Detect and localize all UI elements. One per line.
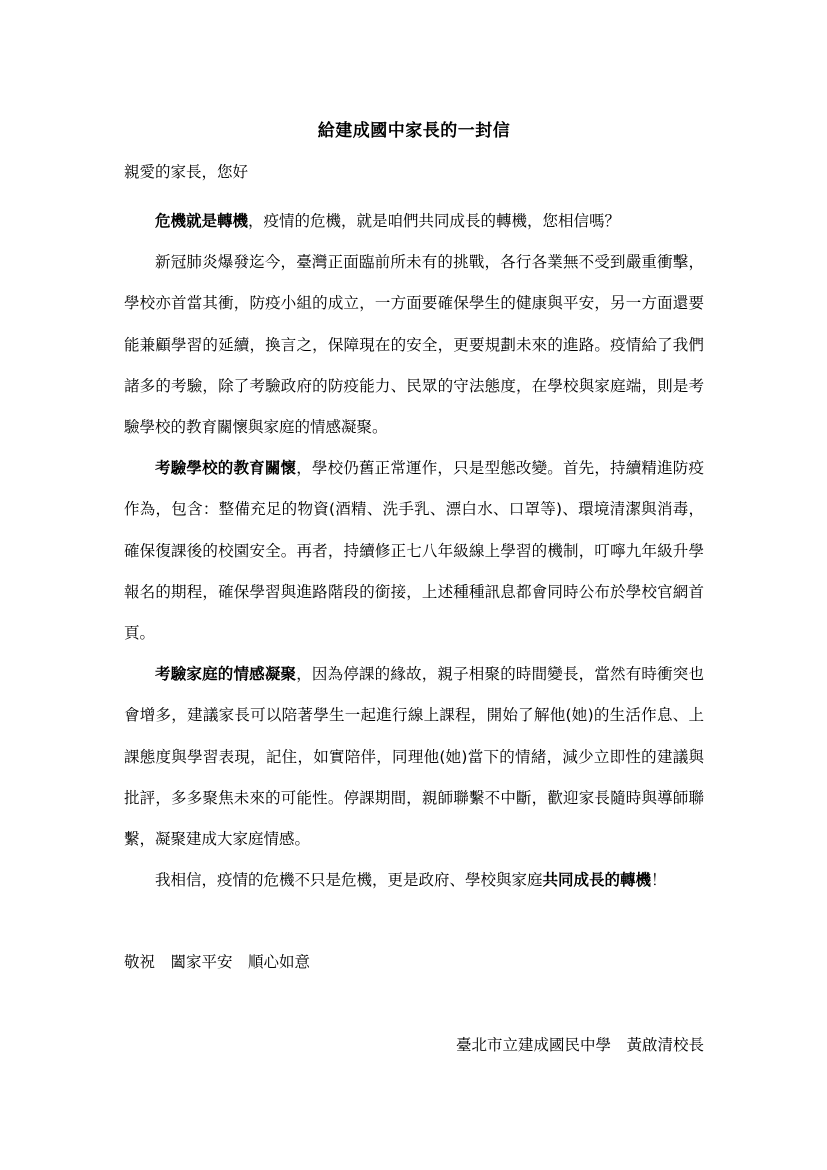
- signature: 臺北市立建成國民中學 黃啟清校長: [456, 1033, 704, 1055]
- paragraph-school-care: 考驗學校的教育關懷，學校仍舊正常運作，只是型態改變。首先，持續精進防疫作為，包含…: [124, 448, 704, 654]
- bold-heading: 考驗家庭的情感凝聚: [155, 665, 296, 683]
- paragraph-text: ，因為停課的緣故，親子相聚的時間變長，當然有時衝突也會增多，建議家長可以陪著學生…: [124, 665, 704, 848]
- bold-heading: 考驗學校的教育關懷: [155, 459, 296, 477]
- paragraph-tail: ！: [651, 871, 667, 889]
- bold-phrase: 共同成長的轉機: [543, 871, 652, 889]
- paragraph-text: 新冠肺炎爆發迄今，臺灣正面臨前所未有的挑戰，各行各業無不受到嚴重衝擊，學校亦首當…: [124, 253, 704, 436]
- paragraph-text: 我相信，疫情的危機不只是危機，更是政府、學校與家庭: [155, 871, 543, 889]
- letter-body: 危機就是轉機，疫情的危機，就是咱們共同成長的轉機，您相信嗎？ 新冠肺炎爆發迄今，…: [124, 201, 704, 901]
- paragraph-text: ，疫情的危機，就是咱們共同成長的轉機，您相信嗎？: [248, 212, 620, 230]
- paragraph-conclusion: 我相信，疫情的危機不只是危機，更是政府、學校與家庭共同成長的轉機！: [124, 860, 704, 901]
- paragraph-pandemic-challenge: 新冠肺炎爆發迄今，臺灣正面臨前所未有的挑戰，各行各業無不受到嚴重衝擊，學校亦首當…: [124, 242, 704, 448]
- paragraph-family-bond: 考驗家庭的情感凝聚，因為停課的緣故，親子相聚的時間變長，當然有時衝突也會增多，建…: [124, 654, 704, 860]
- closing-salutation: 敬祝 闔家平安 順心如意: [124, 950, 310, 972]
- paragraph-text: ，學校仍舊正常運作，只是型態改變。首先，持續精進防疫作為，包含：整備充足的物資(…: [124, 459, 704, 642]
- bold-heading: 危機就是轉機: [155, 212, 248, 230]
- letter-title: 給建成國中家長的一封信: [124, 116, 704, 141]
- paragraph-crisis-opportunity: 危機就是轉機，疫情的危機，就是咱們共同成長的轉機，您相信嗎？: [124, 201, 704, 242]
- greeting: 親愛的家長，您好: [124, 160, 248, 182]
